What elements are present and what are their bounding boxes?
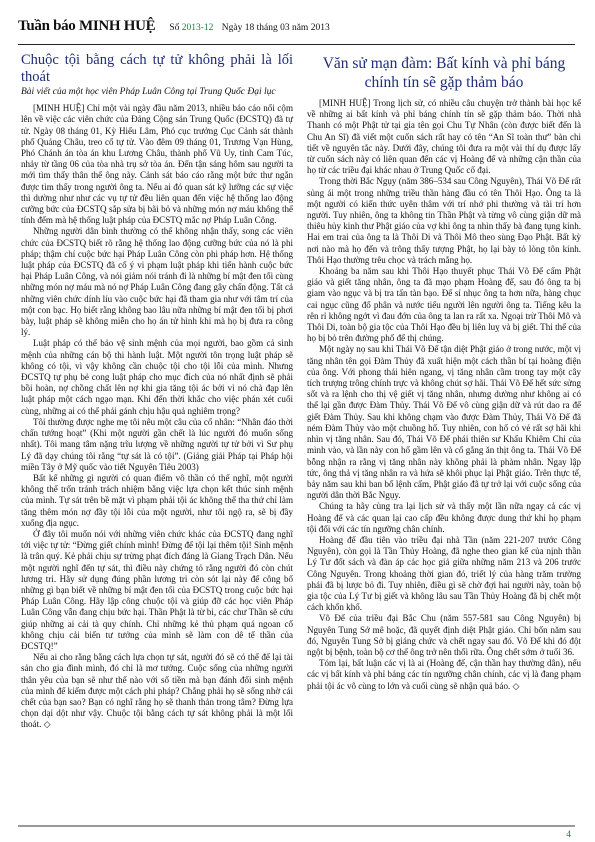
page-number: 4 [566,830,571,840]
article-left-paragraph: Luật pháp có thể bảo vệ sinh mệnh của mọ… [21,338,293,416]
article-right-paragraph: Chúng ta hãy cùng tra lại lịch sử và thấ… [307,501,581,535]
issue-label: Số [169,23,179,33]
article-right-paragraph: Trong thời Bắc Ngụy (năm 386–534 sau Côn… [307,176,581,266]
article-right: Văn sử mạn đàm: Bất kính và phỉ báng chí… [307,52,581,692]
publication-brand: Tuần báo MINH HUỆ [18,18,155,35]
article-right-paragraph: Tóm lại, bất luận các vị là ai (Hoàng đế… [307,658,581,692]
article-left: Chuộc tội bằng cách tự tử không phải là … [21,52,293,731]
issue-date: Ngày 18 tháng 03 năm 2013 [222,23,330,33]
article-right-paragraph: [MINH HUỆ] Trong lịch sử, có nhiều câu c… [307,98,581,176]
article-right-title: Văn sử mạn đàm: Bất kính và phỉ báng chí… [307,54,581,92]
page-header: Tuần báo MINH HUỆ Số 2013-12 Ngày 18 thá… [18,18,575,45]
article-right-paragraph: Võ Đế của triều đại Bắc Chu (năm 557-581… [307,613,581,658]
article-left-paragraph: Những người dân bình thường có thể không… [21,226,293,338]
article-left-paragraph: [MINH HUỆ] Chỉ một vài ngày đầu năm 2013… [21,103,293,226]
footer-divider [18,825,575,827]
article-left-paragraph: Bất kể những gì người có quan điểm vô th… [21,473,293,529]
article-left-subtitle: Bài viết của một học viên Pháp Luân Công… [21,87,293,98]
article-left-paragraph: Nếu ai cho rằng bằng cách lựa chọn tự sá… [21,652,293,730]
article-left-title: Chuộc tội bằng cách tự tử không phải là … [21,52,293,86]
article-right-paragraph: Một ngày nọ sau khi Thái Võ Đế tận diệt … [307,344,581,501]
issue-number: 2013-12 [182,23,214,33]
article-right-paragraph: Hoàng đế đầu tiên vào triều đại nhà Tần … [307,535,581,613]
article-left-paragraph: Tôi thường được nghe mẹ tôi nêu một câu … [21,417,293,473]
article-right-paragraph: Khoảng ba năm sau khi Thôi Hạo thuyết ph… [307,266,581,344]
article-left-paragraph: Ở đây tôi muốn nói với những viên chức k… [21,529,293,652]
issue-info: Số 2013-12 Ngày 18 tháng 03 năm 2013 [169,23,329,33]
